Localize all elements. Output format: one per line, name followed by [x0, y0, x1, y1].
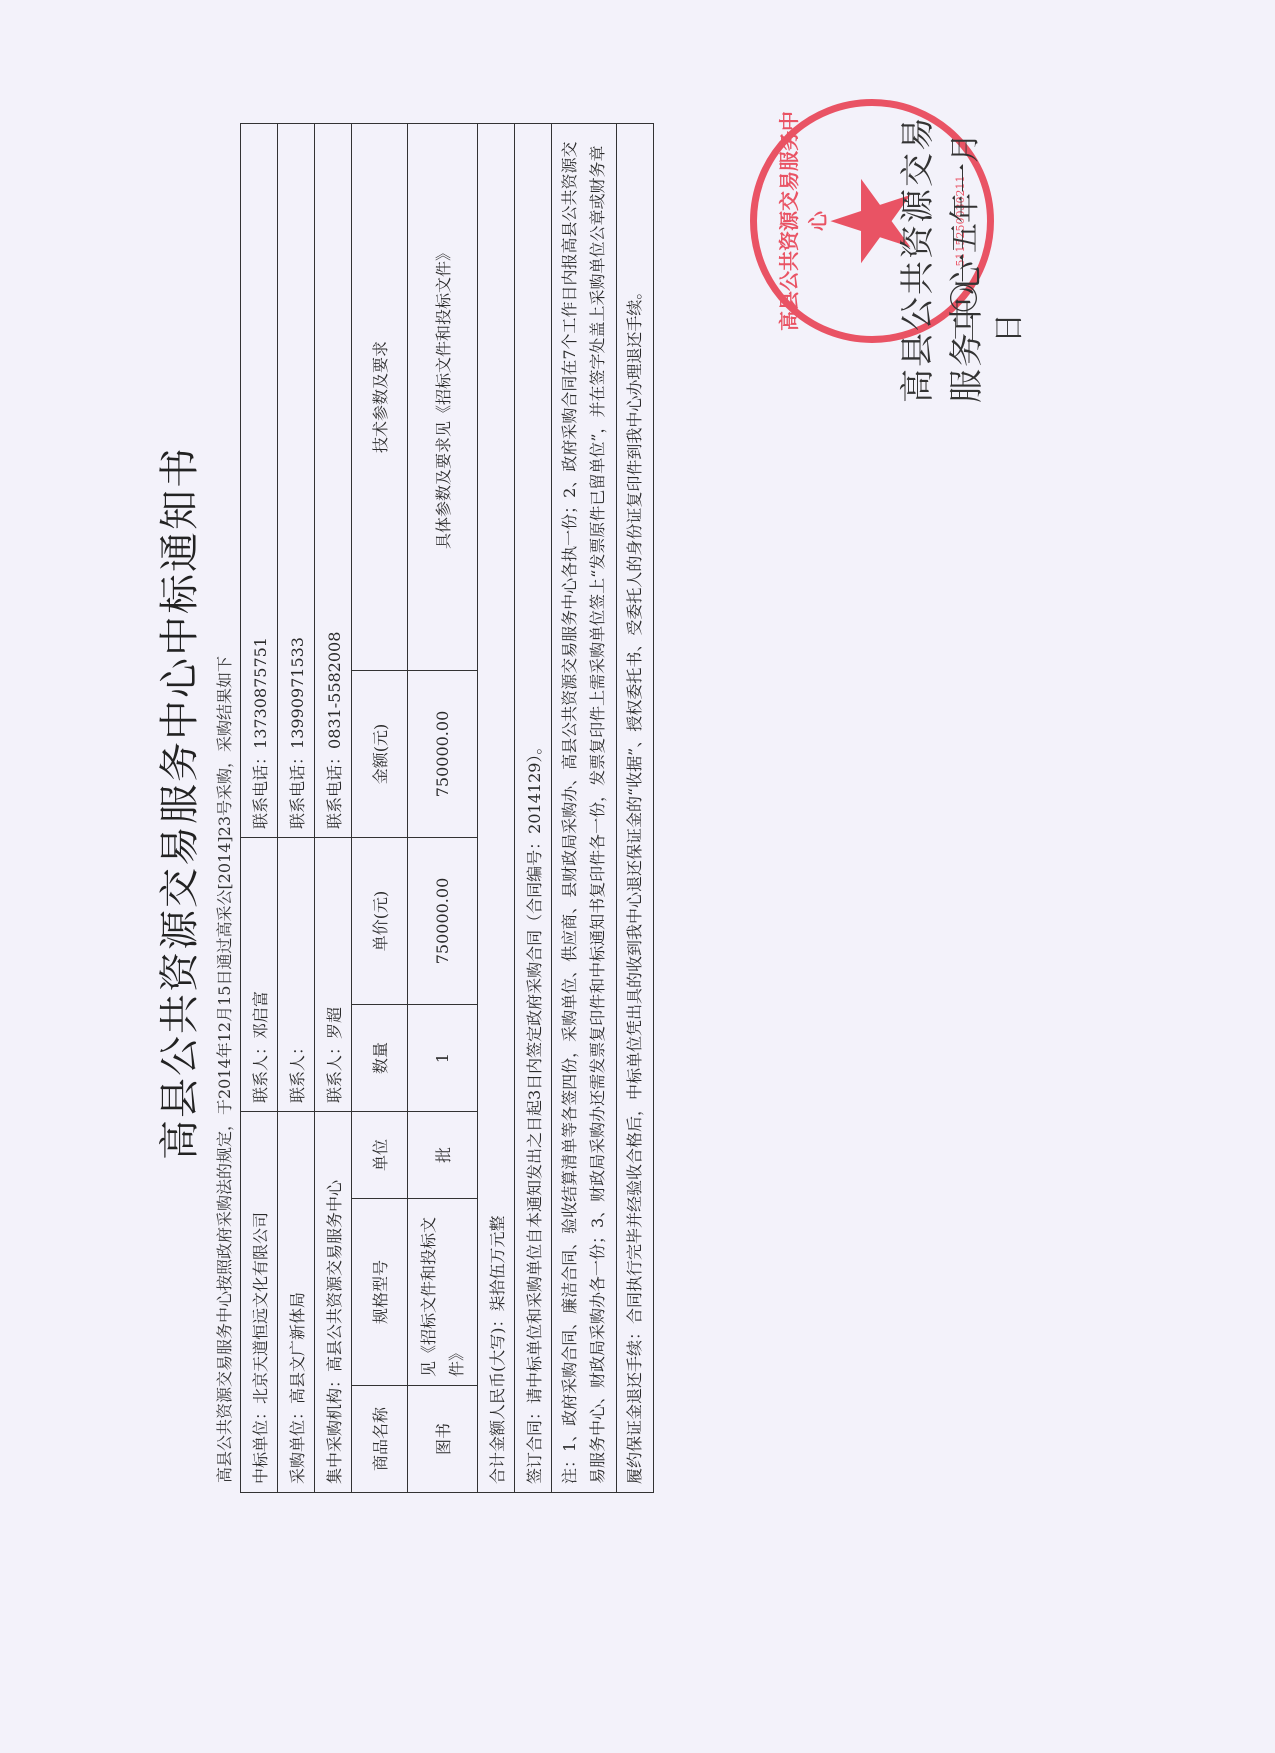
- party-row: 集中采购机构：高县公共资源交易服务中心 联系人：罗超 联系电话：0831-558…: [315, 124, 352, 1493]
- item-amount: 750000.00: [408, 671, 478, 838]
- notes: 注：1、政府采购合同、廉洁合同、验收结算清单等各签四份，采购单位、供应商、县财政…: [552, 124, 617, 1493]
- item-qty: 1: [408, 1005, 478, 1112]
- party-row: 采购单位：高县文广新体局 联系人： 联系电话：13990971533: [278, 124, 315, 1493]
- header-cell: 技术参数及要求: [352, 124, 408, 671]
- item-spec: 见《招标文件和投标文件》: [408, 1199, 478, 1386]
- contact-cell: 联系人：: [278, 838, 315, 1112]
- item-requirements: 具体参数及要求见《招标文件和投标文件》: [408, 124, 478, 671]
- contact-cell: 联系人：邓启富: [241, 838, 278, 1112]
- deposit-note: 履约保证金退还手续：合同执行完毕并经验收合格后，中标单位凭出具的收到我中心退还保…: [617, 124, 654, 1493]
- header-cell: 金额(元): [352, 671, 408, 838]
- contact-cell: 联系人：罗超: [315, 838, 352, 1112]
- total-amount: 合计金额人民币(大写)：柒拾伍万元整: [478, 124, 515, 1493]
- phone-cell: 联系电话：13990971533: [278, 124, 315, 838]
- item-name: 图书: [408, 1386, 478, 1493]
- notes-row: 注：1、政府采购合同、廉洁合同、验收结算清单等各签四份，采购单位、供应商、县财政…: [552, 124, 617, 1493]
- item-unit: 批: [408, 1112, 478, 1199]
- winning-bidder-cell: 中标单位：北京天道恒远文化有限公司: [241, 1112, 278, 1493]
- header-cell: 单位: [352, 1112, 408, 1199]
- intro-text: 高县公共资源交易服务中心按照政府采购法的规定，于2014年12月15日通过高采公…: [210, 103, 240, 1503]
- header-cell: 数量: [352, 1005, 408, 1112]
- signature-date: 二〇一五年一月 日: [940, 103, 1028, 343]
- header-cell: 规格型号: [352, 1199, 408, 1386]
- header-cell: 单价(元): [352, 838, 408, 1005]
- header-cell: 商品名称: [352, 1386, 408, 1493]
- contract-row: 签订合同：请中标单位和采购单位自本通知发出之日起3日内签定政府采购合同（合同编号…: [515, 124, 552, 1493]
- total-row: 合计金额人民币(大写)：柒拾伍万元整: [478, 124, 515, 1493]
- item-unit-price: 750000.00: [408, 838, 478, 1005]
- award-table: 中标单位：北京天道恒远文化有限公司 联系人：邓启富 联系电话：137308757…: [240, 123, 654, 1493]
- party-row: 中标单位：北京天道恒远文化有限公司 联系人：邓启富 联系电话：137308757…: [241, 124, 278, 1493]
- purchaser-cell: 采购单位：高县文广新体局: [278, 1112, 315, 1493]
- items-header-row: 商品名称 规格型号 单位 数量 单价(元) 金额(元) 技术参数及要求: [352, 124, 408, 1493]
- item-row: 图书 见《招标文件和投标文件》 批 1 750000.00 750000.00 …: [408, 124, 478, 1493]
- rotated-page: 高县公共资源交易服务中心中标通知书 高县公共资源交易服务中心按照政府采购法的规定…: [0, 0, 1275, 1753]
- agency-cell: 集中采购机构：高县公共资源交易服务中心: [315, 1112, 352, 1493]
- notice-content: 高县公共资源交易服务中心中标通知书 高县公共资源交易服务中心按照政府采购法的规定…: [150, 103, 654, 1503]
- seal-text: 高县公共资源交易服务中心: [773, 106, 831, 336]
- phone-cell: 联系电话：13730875751: [241, 124, 278, 838]
- deposit-row: 履约保证金退还手续：合同执行完毕并经验收合格后，中标单位凭出具的收到我中心退还保…: [617, 124, 654, 1493]
- phone-cell: 联系电话：0831-5582008: [315, 124, 352, 838]
- document-title: 高县公共资源交易服务中心中标通知书: [150, 103, 210, 1503]
- contract-note: 签订合同：请中标单位和采购单位自本通知发出之日起3日内签定政府采购合同（合同编号…: [515, 124, 552, 1493]
